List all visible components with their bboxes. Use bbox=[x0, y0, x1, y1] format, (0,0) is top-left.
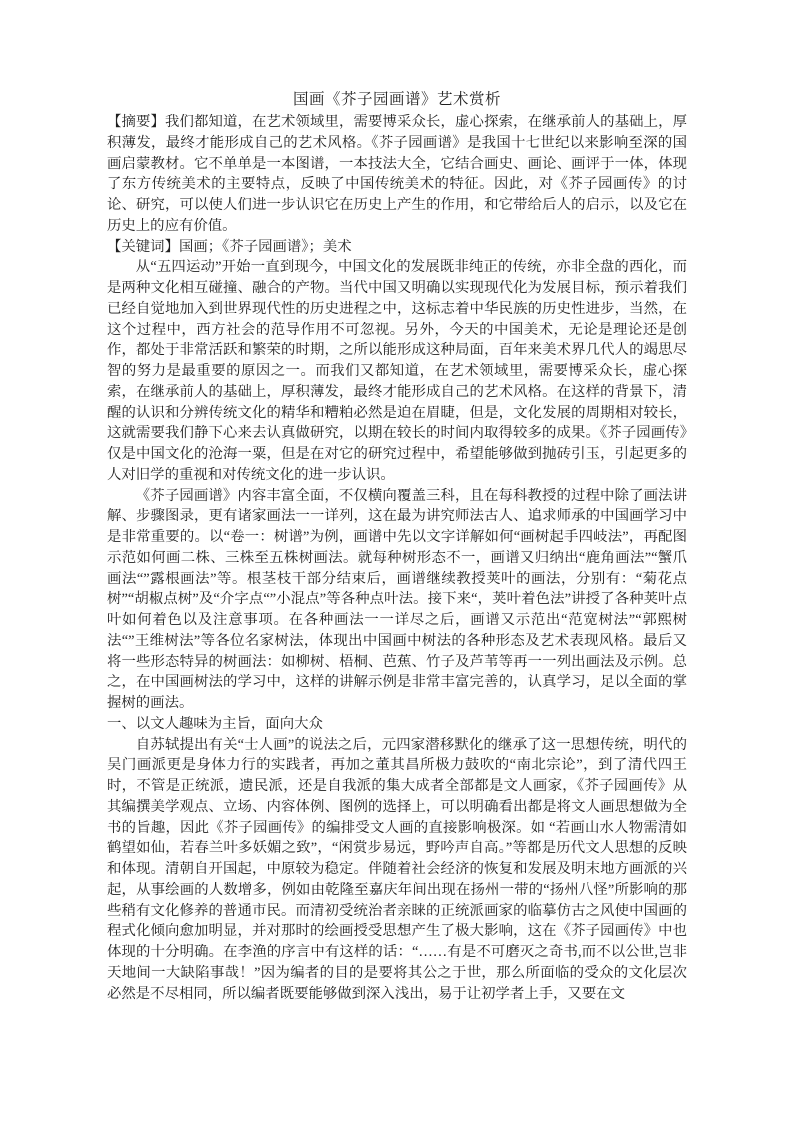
body-paragraph-3: 自苏轼提出有关“士人画”的说法之后，元四家潜移默化的继承了这一思想传统，明代的吴… bbox=[107, 735, 687, 1005]
body-paragraph-1: 从“五四运动”开始一直到现今，中国文化的发展既非纯正的传统，亦非全盘的西化，而是… bbox=[107, 257, 687, 485]
body-paragraph-2: 《芥子园画谱》内容丰富全面，不仅横向覆盖三科，且在每科教授的过程中除了画法讲解、… bbox=[107, 486, 687, 714]
document-page: 国画《芥子园画谱》艺术赏析 【摘要】我们都知道，在艺术领域里，需要博采众长，虚心… bbox=[0, 0, 793, 1122]
document-content: 国画《芥子园画谱》艺术赏析 【摘要】我们都知道，在艺术领域里，需要博采众长，虚心… bbox=[107, 88, 687, 1004]
abstract-paragraph: 【摘要】我们都知道，在艺术领域里，需要博采众长，虚心探索，在继承前人的基础上，厚… bbox=[107, 112, 687, 237]
section-heading: 一、以文人趣味为主旨，面向大众 bbox=[107, 714, 687, 735]
page-title: 国画《芥子园画谱》艺术赏析 bbox=[107, 88, 687, 111]
keywords-paragraph: 【关键词】国画；《芥子园画谱》；美术 bbox=[107, 237, 687, 258]
